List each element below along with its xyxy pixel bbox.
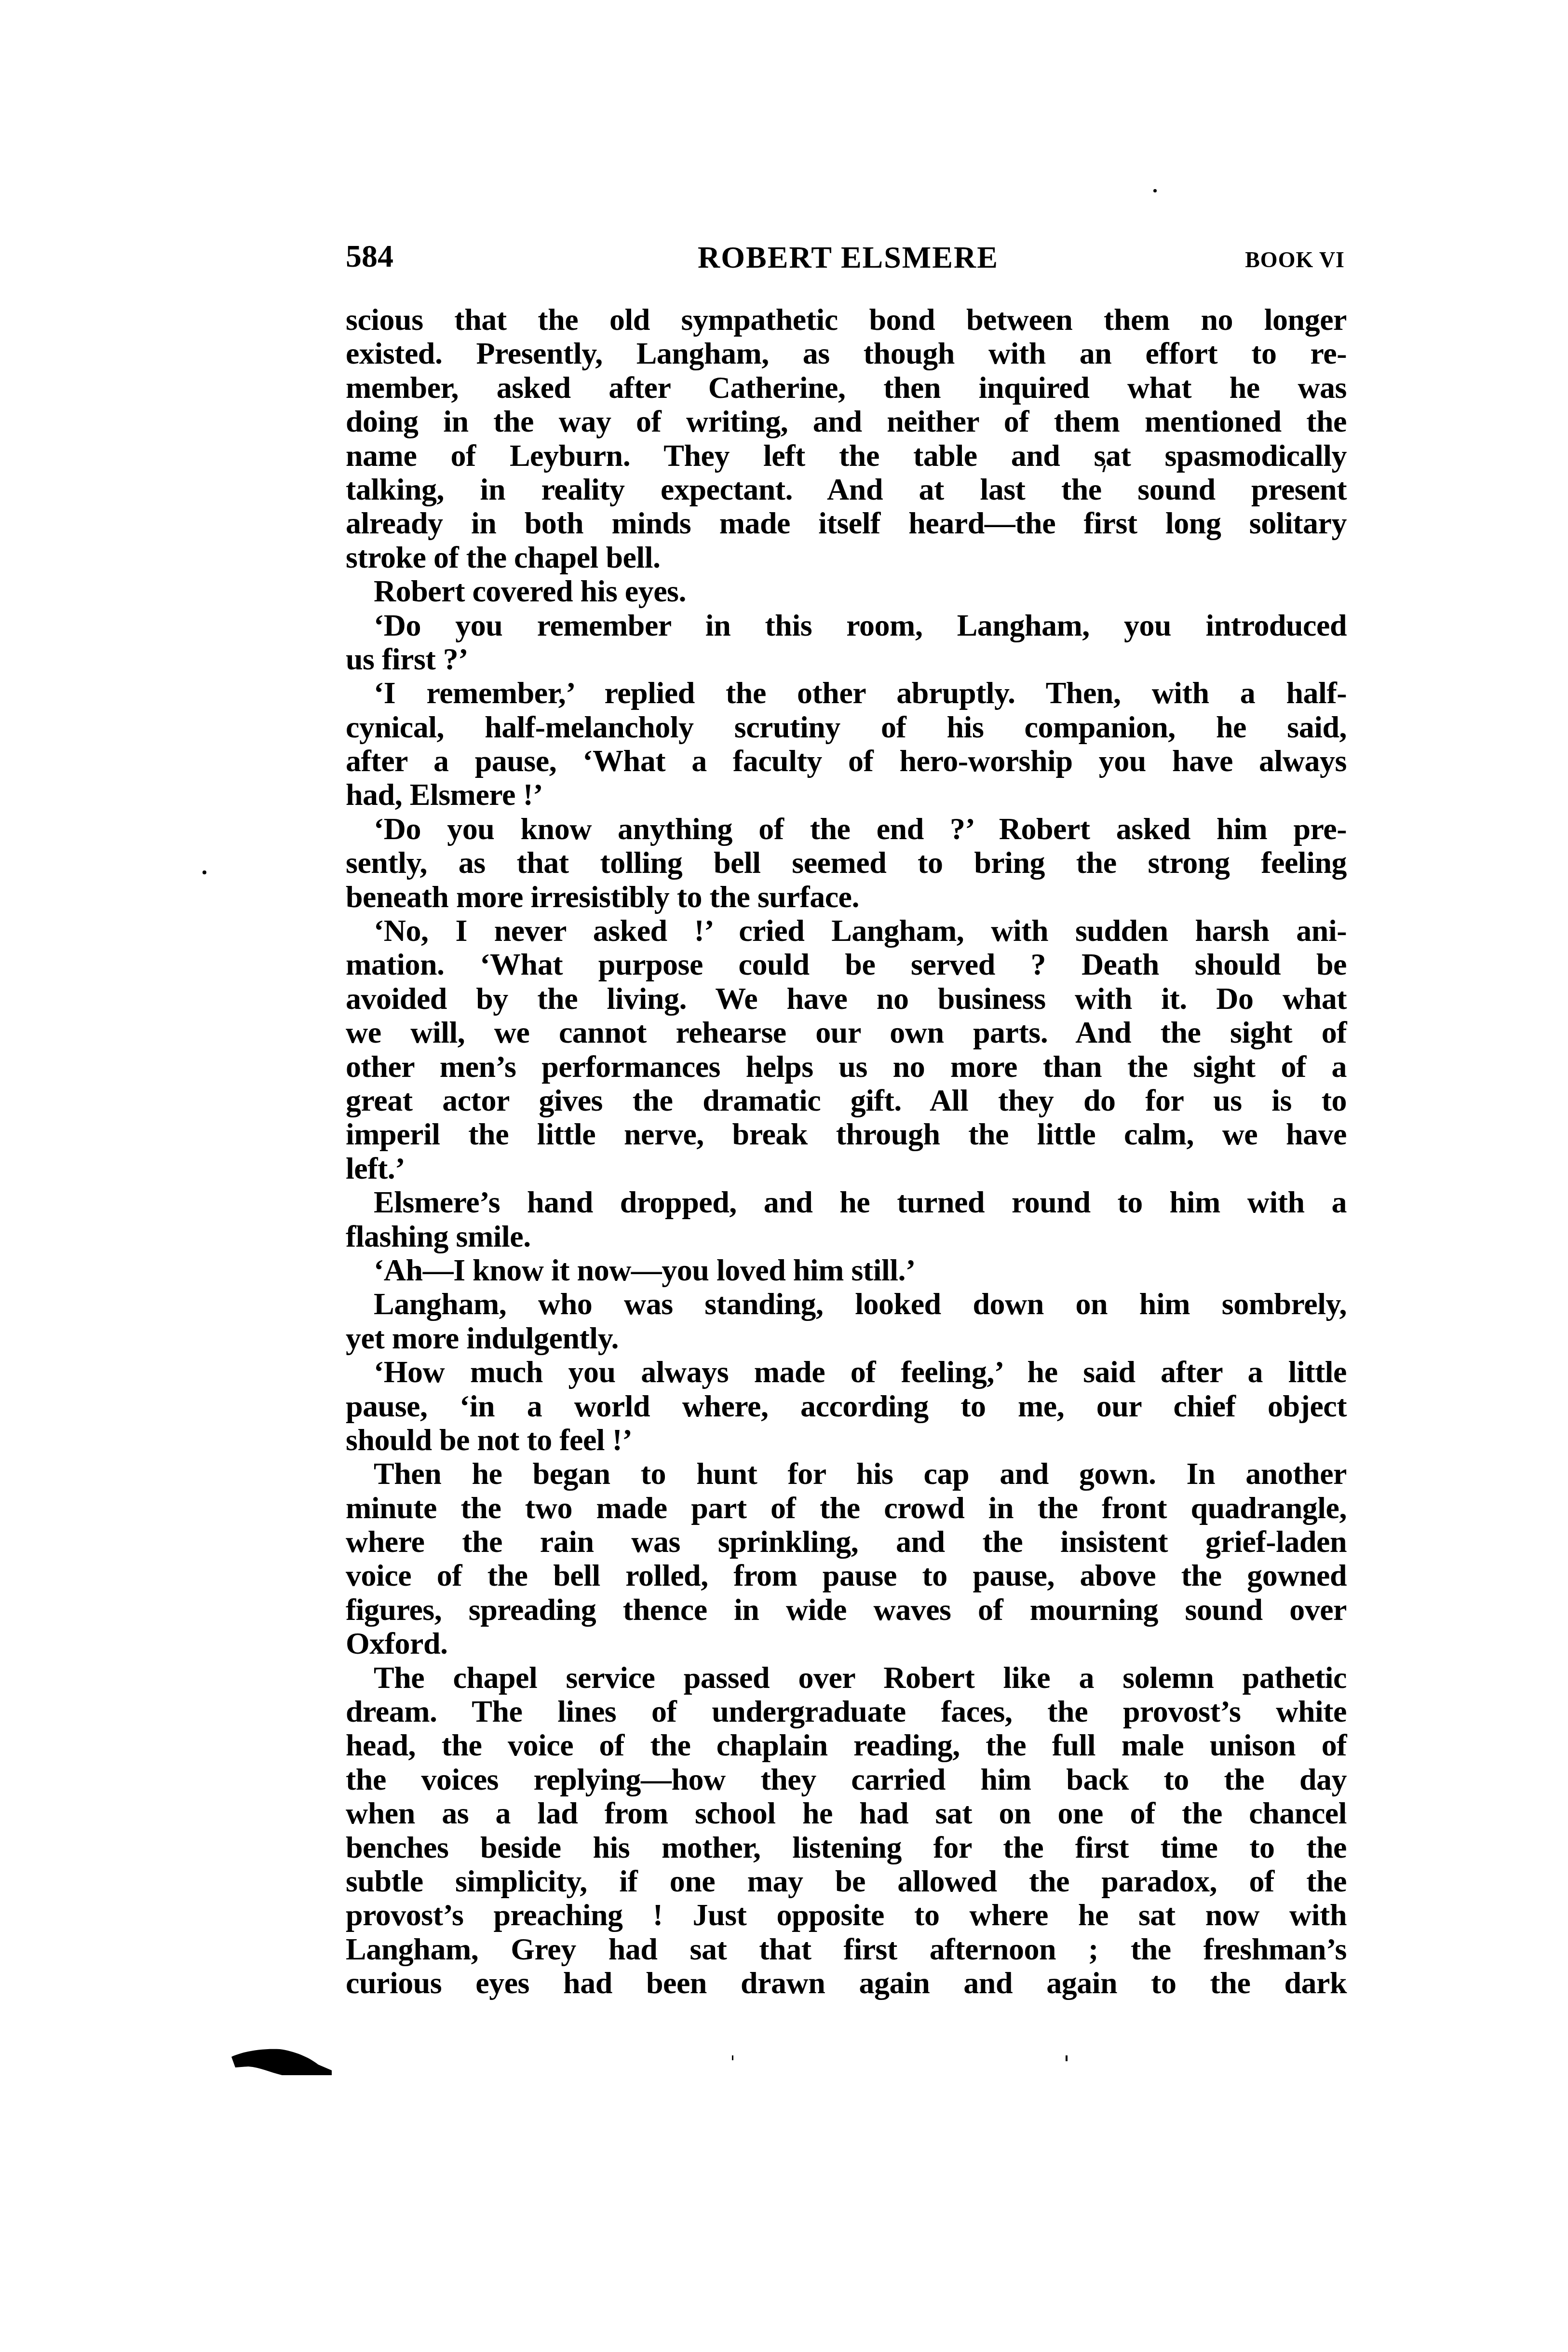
ink-blot-artifact bbox=[231, 2048, 332, 2075]
text-line: talking, in reality expectant. And at la… bbox=[346, 473, 1347, 506]
text-line: when as a lad from school he had sat on … bbox=[346, 1796, 1347, 1830]
text-line: ‘Do you remember in this room, Langham, … bbox=[346, 609, 1347, 642]
text-line: Langham, who was standing, looked down o… bbox=[346, 1287, 1347, 1321]
text-line: figures, spreading thence in wide waves … bbox=[346, 1593, 1347, 1627]
text-line: provost’s preaching ! Just opposite to w… bbox=[346, 1898, 1347, 1932]
text-line: Then he began to hunt for his cap and go… bbox=[346, 1457, 1347, 1491]
section-label: BOOK VI bbox=[1245, 249, 1345, 271]
text-line: subtle simplicity, if one may be allowed… bbox=[346, 1864, 1347, 1898]
text-line: sently, as that tolling bell seemed to b… bbox=[346, 846, 1347, 880]
text-line: doing in the way of writing, and neither… bbox=[346, 405, 1347, 438]
running-head: 584 ROBERT ELSMERE BOOK VI bbox=[346, 241, 1347, 272]
text-line: existed. Presently, Langham, as though w… bbox=[346, 337, 1347, 370]
text-line: benches beside his mother, listening for… bbox=[346, 1831, 1347, 1864]
speck-artifact bbox=[1153, 189, 1157, 192]
text-line: Oxford. bbox=[346, 1627, 1347, 1660]
text-line: avoided by the living. We have no busine… bbox=[346, 982, 1347, 1016]
text-line: member, asked after Catherine, then inqu… bbox=[346, 371, 1347, 405]
text-line: mation. ‘What purpose could be served ? … bbox=[346, 948, 1347, 981]
text-line: pause, ‘in a world where, according to m… bbox=[346, 1389, 1347, 1423]
text-line: left.’ bbox=[346, 1152, 1347, 1185]
text-line: curious eyes had been drawn again and ag… bbox=[346, 1966, 1347, 2000]
text-line: dream. The lines of undergraduate faces,… bbox=[346, 1695, 1347, 1728]
text-line: we will, we cannot rehearse our own part… bbox=[346, 1016, 1347, 1049]
text-line: The chapel service passed over Robert li… bbox=[346, 1661, 1347, 1695]
text-line: scious that the old sympathetic bond bet… bbox=[346, 303, 1347, 337]
speck-artifact bbox=[203, 870, 206, 874]
text-line: after a pause, ‘What a faculty of hero-w… bbox=[346, 744, 1347, 778]
text-line: had, Elsmere !’ bbox=[346, 778, 1347, 812]
text-line: flashing smile. bbox=[346, 1220, 1347, 1253]
text-line: ‘No, I never asked !’ cried Langham, wit… bbox=[346, 914, 1347, 948]
text-line: ‘How much you always made of feeling,’ h… bbox=[346, 1355, 1347, 1389]
speck-artifact bbox=[1066, 2055, 1068, 2061]
speck-artifact bbox=[732, 2055, 733, 2060]
text-line: stroke of the chapel bell. bbox=[346, 541, 1347, 574]
text-line: Elsmere’s hand dropped, and he turned ro… bbox=[346, 1185, 1347, 1219]
text-line: imperil the little nerve, break through … bbox=[346, 1117, 1347, 1151]
text-line: other men’s performances helps us no mor… bbox=[346, 1050, 1347, 1084]
text-line: already in both minds made itself heard—… bbox=[346, 506, 1347, 540]
text-line: yet more indulgently. bbox=[346, 1321, 1347, 1355]
text-line: Robert covered his eyes. bbox=[346, 574, 1347, 608]
text-line: Langham, Grey had sat that first afterno… bbox=[346, 1932, 1347, 1966]
text-line: ‘Do you know anything of the end ?’ Robe… bbox=[346, 812, 1347, 846]
text-line: minute the two made part of the crowd in… bbox=[346, 1491, 1347, 1525]
text-line: head, the voice of the chaplain reading,… bbox=[346, 1728, 1347, 1762]
text-line: great actor gives the dramatic gift. All… bbox=[346, 1084, 1347, 1117]
text-line: name of Leyburn. They left the table and… bbox=[346, 439, 1347, 473]
text-line: ‘I remember,’ replied the other abruptly… bbox=[346, 676, 1347, 710]
scanned-book-page: 584 ROBERT ELSMERE BOOK VI scious that t… bbox=[0, 0, 1568, 2352]
running-title: ROBERT ELSMERE bbox=[698, 242, 999, 273]
text-line: voice of the bell rolled, from pause to … bbox=[346, 1559, 1347, 1592]
text-line: cynical, half-melancholy scrutiny of his… bbox=[346, 710, 1347, 744]
text-line: the voices replying—how they carried him… bbox=[346, 1763, 1347, 1796]
body-text: scious that the old sympathetic bond bet… bbox=[346, 303, 1347, 2000]
page-number: 584 bbox=[346, 241, 393, 272]
text-line: should be not to feel !’ bbox=[346, 1423, 1347, 1457]
text-line: where the rain was sprinkling, and the i… bbox=[346, 1525, 1347, 1559]
text-line: ‘Ah—I know it now—you loved him still.’ bbox=[346, 1253, 1347, 1287]
text-line: us first ?’ bbox=[346, 642, 1347, 676]
text-line: beneath more irresistibly to the surface… bbox=[346, 880, 1347, 914]
